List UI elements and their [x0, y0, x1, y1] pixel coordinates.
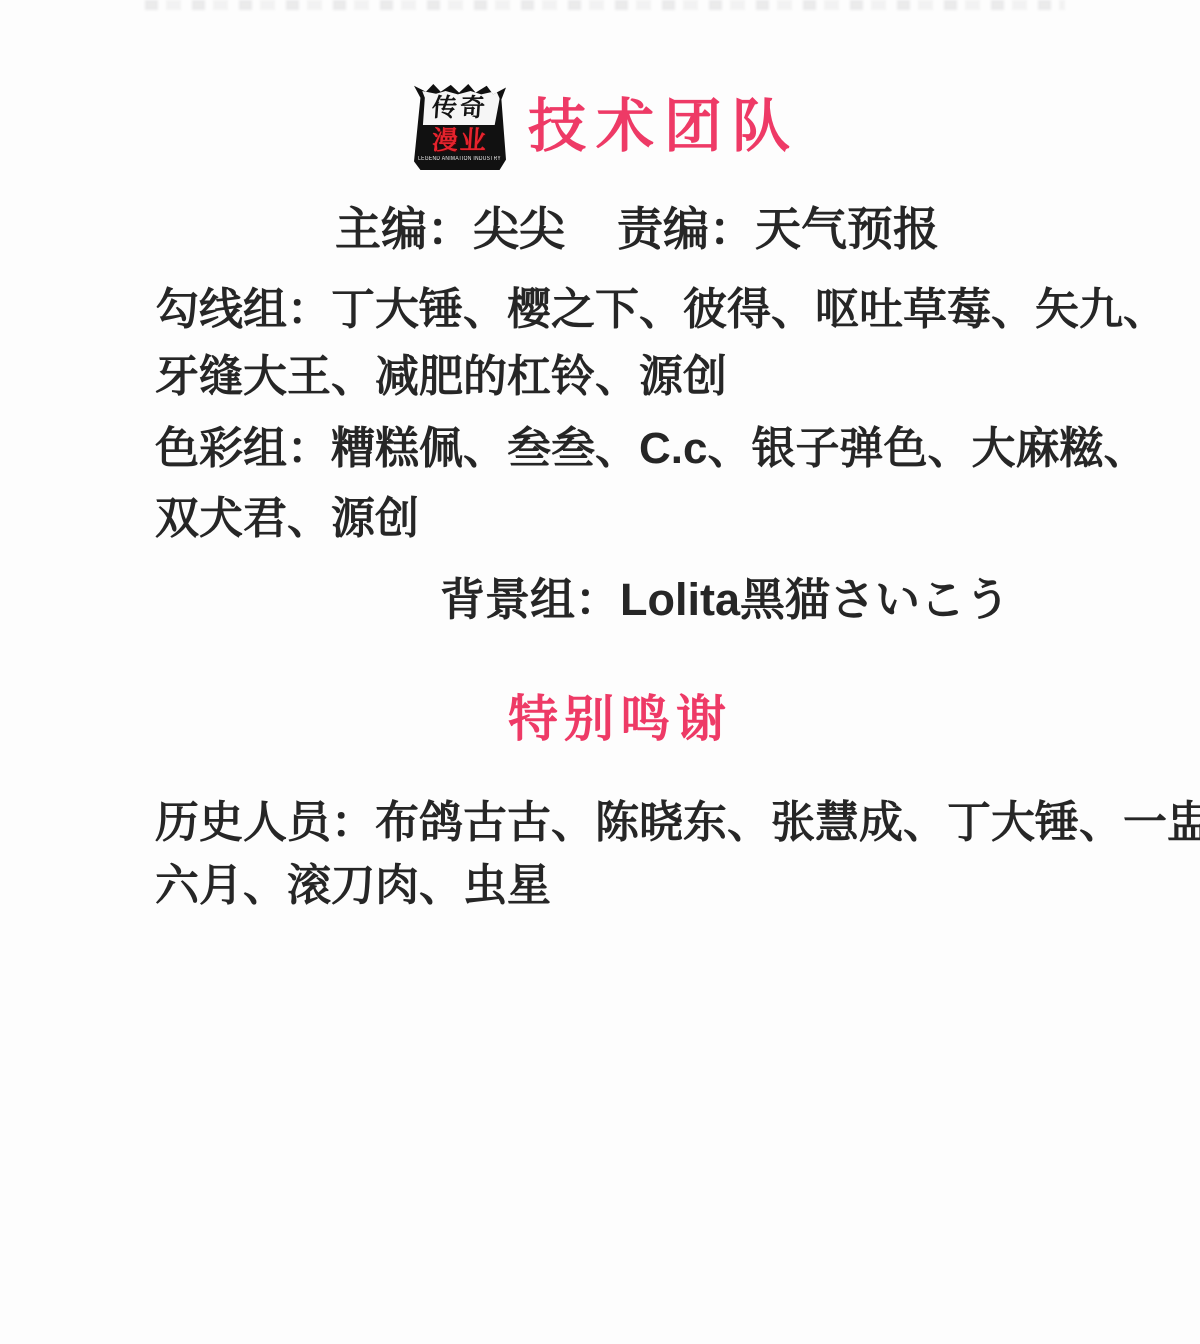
special-thanks-title: 特别鸣谢: [508, 694, 732, 744]
studio-logo-caption: LEGEND ANIMATION INDUSTRY: [419, 156, 502, 162]
studio-logo-top-text: 传奇: [420, 91, 500, 125]
header: 传奇 漫业 LEGEND ANIMATION INDUSTRY: [414, 84, 506, 170]
line-art-group-line2: 牙缝大王、减肥的杠铃、源创: [155, 355, 727, 399]
background-group-line: 背景组：Lolita黑猫さいこう: [440, 577, 1010, 622]
editors-row: 主编：尖尖 责编：天气预报: [335, 206, 939, 252]
credits-page: 传奇 漫业 LEGEND ANIMATION INDUSTRY 技术团队 主编：…: [0, 0, 1200, 1344]
tech-team-title: 技术团队: [528, 98, 800, 156]
cropped-text-remnant: [145, 0, 1065, 10]
history-staff-line2: 六月、滚刀肉、虫星: [155, 864, 551, 908]
color-group-line1: 色彩组：糟糕佩、叁叁、C.c、银子弹色、大麻糍、: [155, 427, 1147, 471]
responsible-editor-credit: 责编：天气预报: [617, 206, 939, 252]
history-staff-line1: 历史人员：布鸽古古、陈晓东、张慧成、丁大锤、一盅羊、: [155, 801, 1200, 845]
studio-logo-bottom-text: 漫业: [431, 127, 489, 153]
studio-logo: 传奇 漫业 LEGEND ANIMATION INDUSTRY: [414, 84, 506, 170]
color-group-line2: 双犬君、源创: [155, 497, 419, 541]
line-art-group-line1: 勾线组：丁大锤、樱之下、彼得、呕吐草莓、矢九、: [155, 288, 1167, 332]
chief-editor-credit: 主编：尖尖: [335, 206, 565, 252]
